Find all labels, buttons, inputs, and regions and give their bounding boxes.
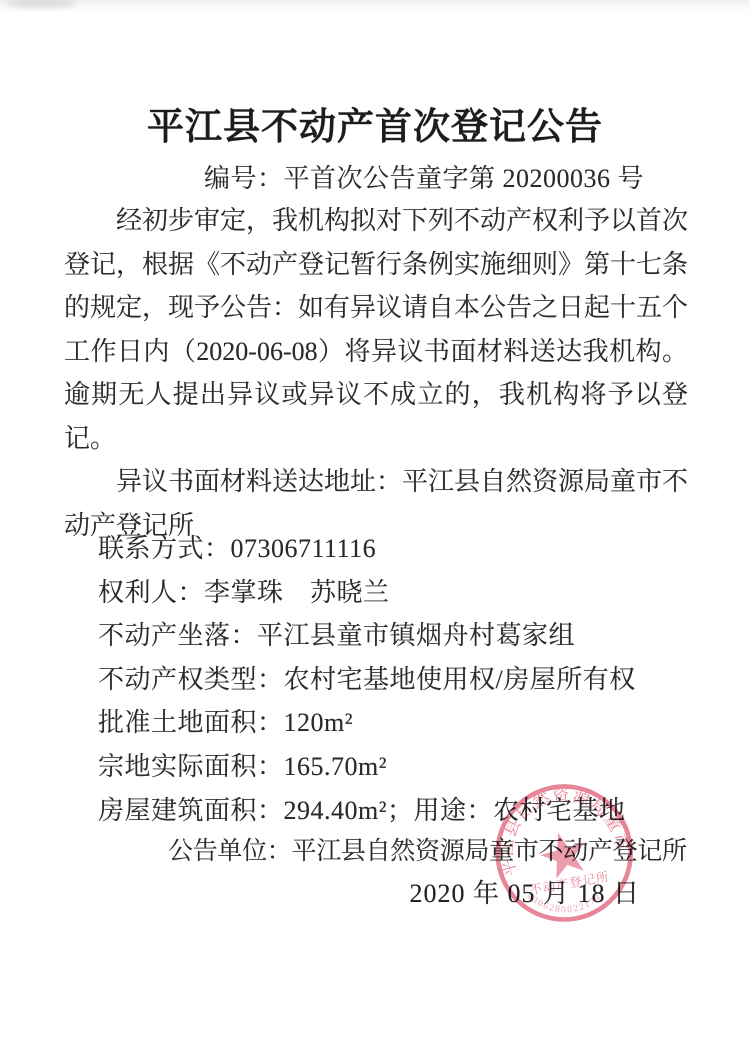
- location-line: 不动产坐落：平江县童市镇烟舟村葛家组: [98, 614, 718, 658]
- body-line: 逾期无人提出异议或异议不成立的，我机构将予以登: [64, 373, 688, 417]
- document-page: 平江县不动产首次登记公告 编号：平首次公告童字第 20200036 号 经初步审…: [0, 0, 750, 1060]
- issuer-line: 公告单位：平江县自然资源局童市不动产登记所: [168, 831, 708, 867]
- body-line: 经初步审定，我机构拟对下列不动产权利予以首次: [64, 199, 688, 243]
- body-line: 工作日内（2020-06-08）将异议书面材料送达我机构。: [64, 330, 688, 374]
- parcel-area-line: 宗地实际面积：165.70m²: [98, 745, 718, 789]
- rights-holder-line: 权利人：李掌珠 苏晓兰: [98, 571, 718, 615]
- body-line: 异议书面材料送达地址：平江县自然资源局童市不: [64, 460, 688, 504]
- approved-area-line: 批准土地面积：120m²: [98, 701, 718, 745]
- body-line: 的规定，现予公告：如有异议请自本公告之日起十五个: [64, 286, 688, 330]
- announcement-body: 经初步审定，我机构拟对下列不动产权利予以首次 登记，根据《不动产登记暂行条例实施…: [64, 199, 688, 547]
- right-type-line: 不动产权类型：农村宅基地使用权/房屋所有权: [98, 658, 718, 702]
- scan-artifact-smudge: [6, 0, 76, 8]
- contact-line: 联系方式：07306711116: [98, 527, 718, 571]
- date-line: 2020 年 05 月 18 日: [0, 873, 640, 910]
- building-area-line: 房屋建筑面积：294.40m²；用途：农村宅基地: [98, 789, 718, 833]
- property-details: 联系方式：07306711116 权利人：李掌珠 苏晓兰 不动产坐落：平江县童市…: [98, 527, 718, 832]
- scan-artifact-top-edge: [0, 0, 750, 14]
- page-title: 平江县不动产首次登记公告: [0, 96, 750, 150]
- doc-number-line: 编号：平首次公告童字第 20200036 号: [0, 158, 644, 195]
- body-line: 登记，根据《不动产登记暂行条例实施细则》第十七条: [64, 243, 688, 287]
- body-line: 记。: [64, 417, 688, 461]
